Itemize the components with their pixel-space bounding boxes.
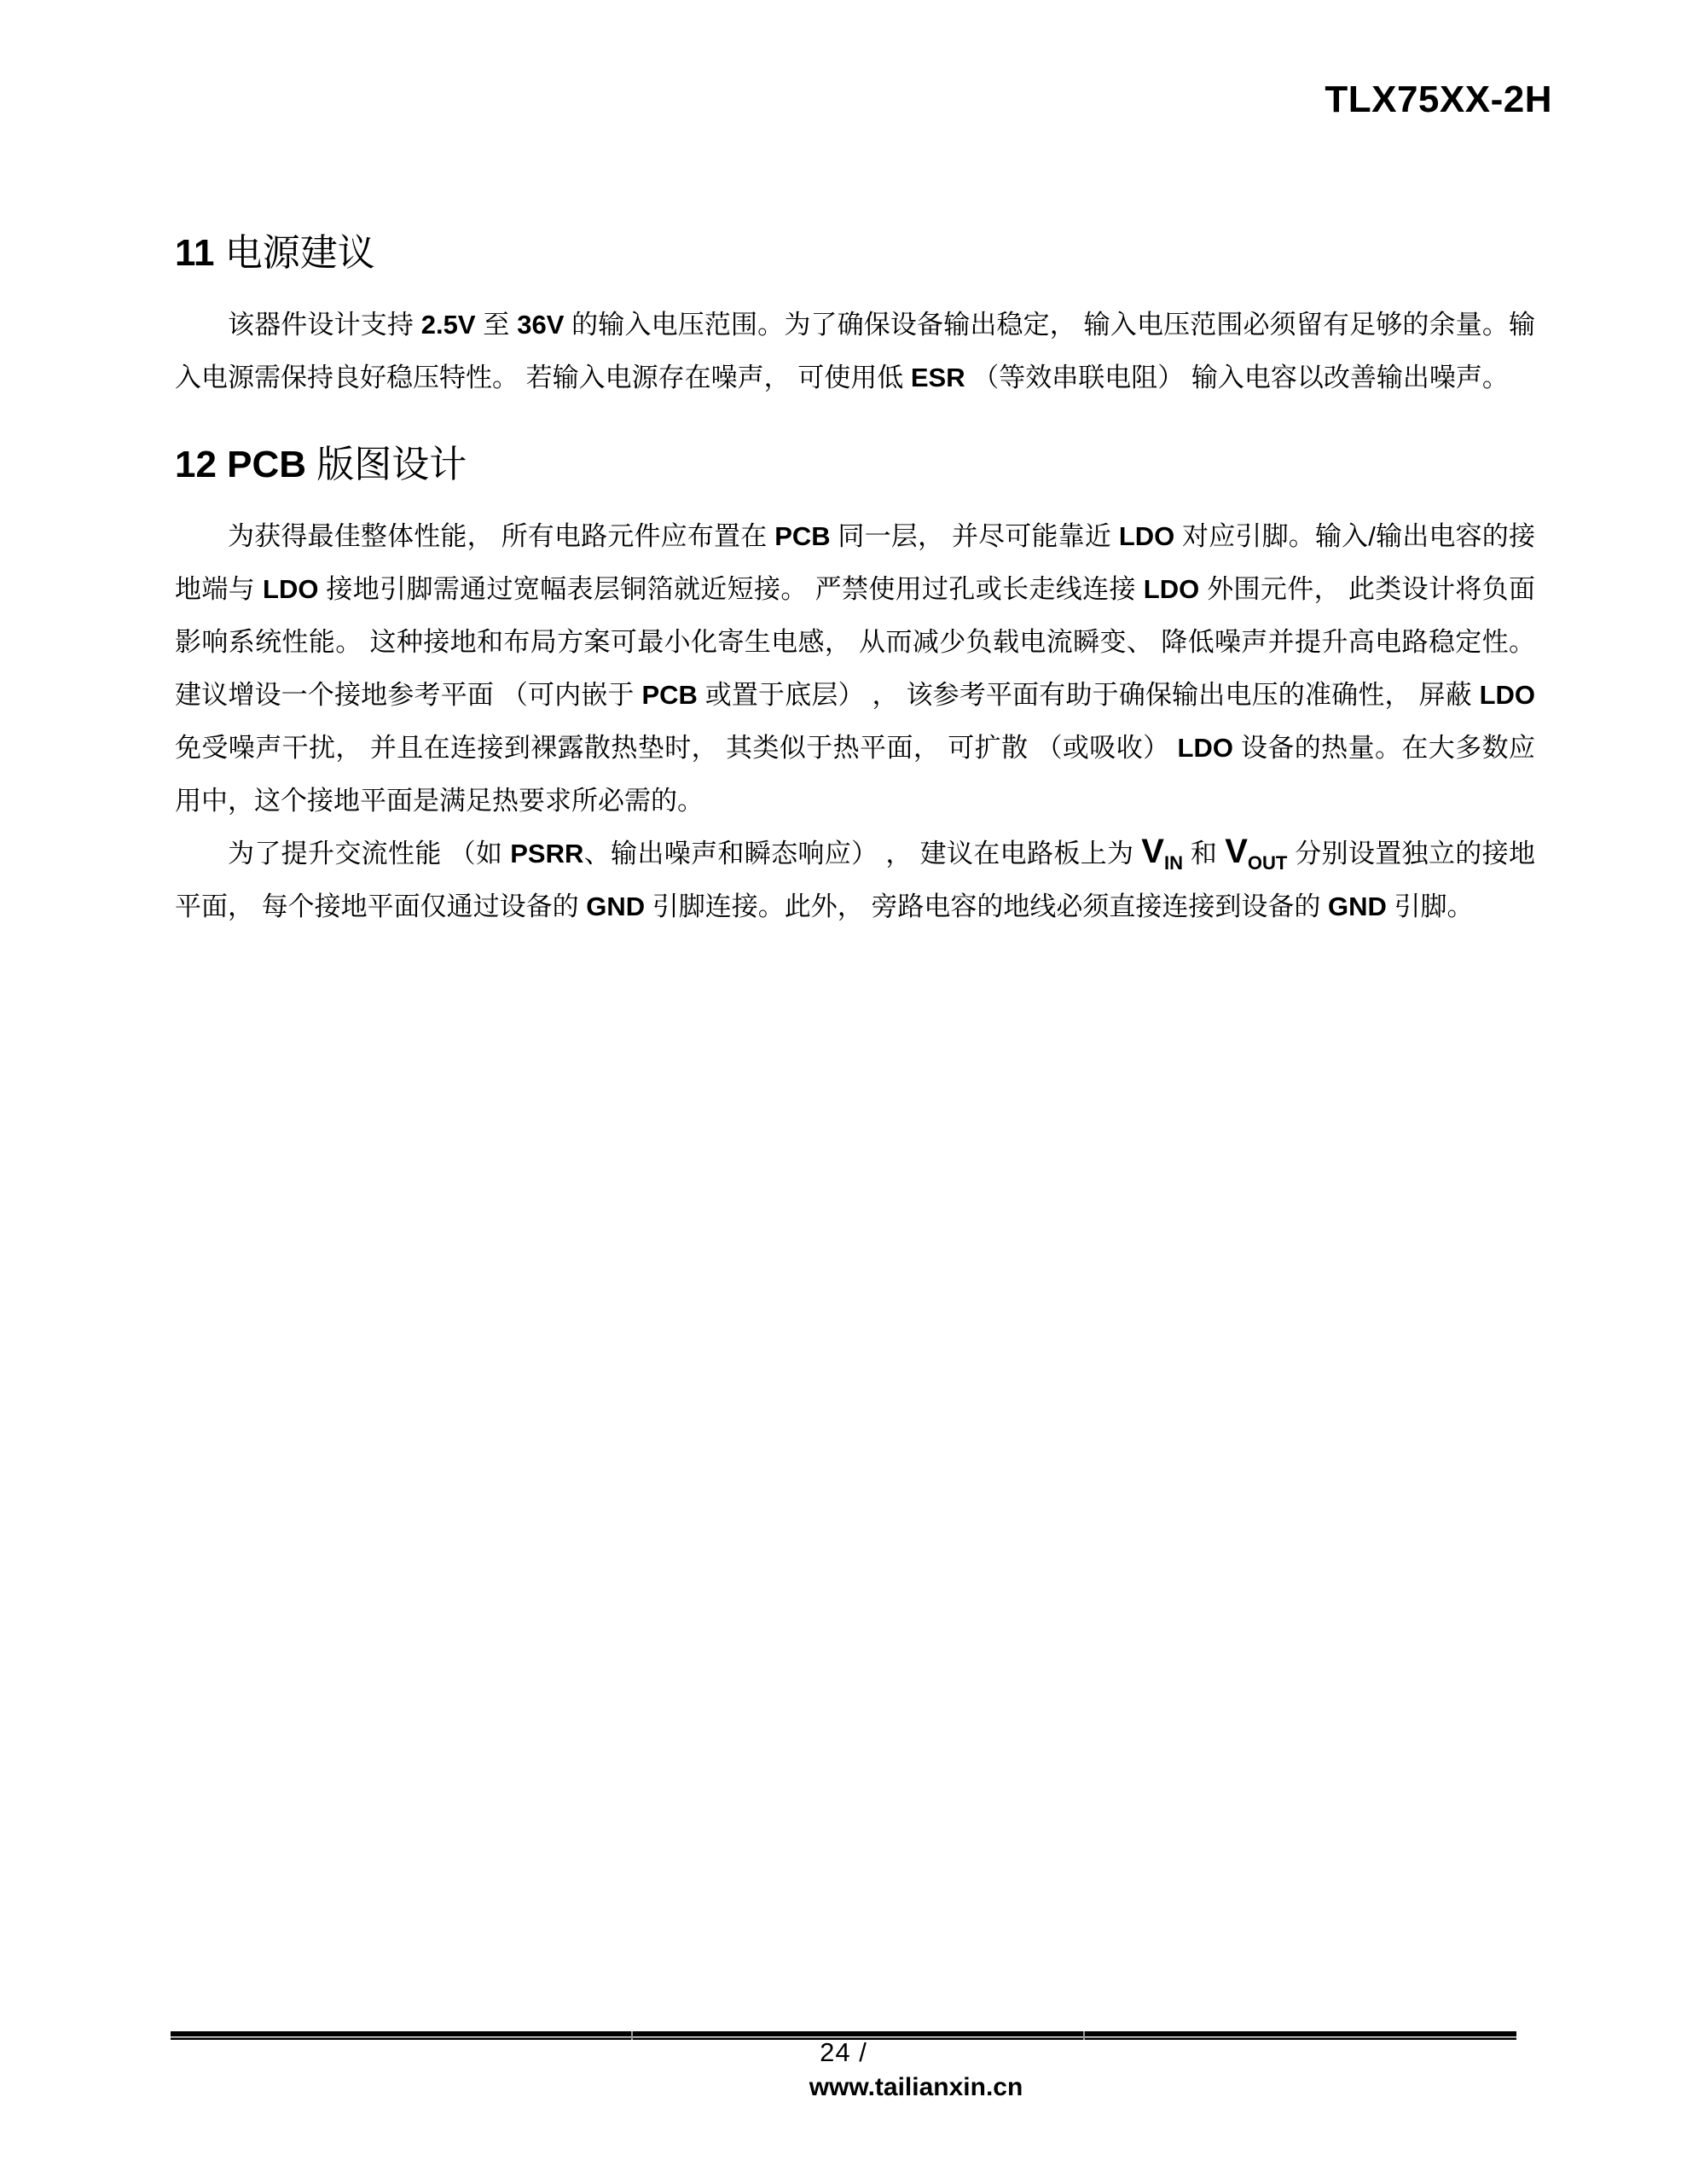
datasheet-page: TLX75XX-2H 11 电源建议该器件设计支持 2.5V 至 36V 的输入… — [0, 0, 1687, 2184]
text-segment: 引脚。 — [1387, 892, 1474, 921]
emphasis-text: V — [1141, 833, 1164, 870]
emphasis-text: LDO — [263, 574, 318, 604]
text-segment: （等效串联电阻） 输入电容以改善输出噪声。 — [965, 363, 1509, 392]
text-segment: 和 — [1183, 839, 1225, 868]
text-segment: 免受噪声干扰， 并且在连接到裸露散热垫时， 其类似于热平面， 可扩散 （或吸收） — [175, 733, 1178, 763]
text-segment: 接地引脚需通过宽幅表层铜箔就近短接。 严禁使用过孔或长走线连接 — [318, 574, 1143, 604]
section-11-paragraph-1: 该器件设计支持 2.5V 至 36V 的输入电压范围。为了确保设备输出稳定， 输… — [175, 299, 1535, 404]
text-segment: 或置于底层） ， 该参考平面有助于确保输出电压的准确性， 屏蔽 — [698, 680, 1480, 710]
text-segment: 为获得最佳整体性能， 所有电路元件应布置在 — [228, 521, 774, 551]
emphasis-text: PSRR — [510, 839, 583, 868]
emphasis-text: ESR — [911, 363, 965, 392]
text-segment: 、输出噪声和瞬态响应） ， 建议在电路板上为 — [583, 839, 1141, 868]
emphasis-text: PCB — [641, 680, 697, 710]
text-segment: 同一层， 并尽可能靠近 — [831, 521, 1119, 551]
emphasis-text: OUT — [1248, 852, 1287, 874]
text-segment: 为了提升交流性能 （如 — [228, 839, 510, 868]
emphasis-text: LDO — [1178, 733, 1233, 763]
text-segment: 电源建议 — [225, 232, 375, 274]
section-12-paragraph-2: 为了提升交流性能 （如 PSRR、输出噪声和瞬态响应） ， 建议在电路板上为 V… — [175, 828, 1535, 933]
emphasis-text: GND — [1328, 892, 1387, 921]
text-segment: 至 — [476, 310, 518, 340]
content: 11 电源建议该器件设计支持 2.5V 至 36V 的输入电压范围。为了确保设备… — [175, 0, 1535, 933]
emphasis-text: IN — [1164, 852, 1183, 874]
website-link: www.tailianxin.cn — [243, 2073, 1589, 2102]
section-11-heading: 11 电源建议 — [175, 230, 1535, 276]
emphasis-text: LDO — [1119, 521, 1174, 551]
text-segment: 该器件设计支持 — [228, 310, 421, 340]
emphasis-text: LDO — [1144, 574, 1199, 604]
emphasis-text: 2.5V — [421, 310, 476, 340]
emphasis-text: LDO — [1480, 680, 1535, 710]
emphasis-text: 36V — [517, 310, 564, 340]
emphasis-text: V — [1225, 833, 1248, 870]
section-11: 11 电源建议该器件设计支持 2.5V 至 36V 的输入电压范围。为了确保设备… — [175, 230, 1535, 404]
section-12: 12 PCB 版图设计为获得最佳整体性能， 所有电路元件应布置在 PCB 同一层… — [175, 442, 1535, 933]
page-number: 24 / — [171, 2037, 1516, 2068]
emphasis-text: 11 — [175, 232, 225, 274]
emphasis-text: PCB — [774, 521, 830, 551]
section-12-paragraph-1: 为获得最佳整体性能， 所有电路元件应布置在 PCB 同一层， 并尽可能靠近 LD… — [175, 510, 1535, 828]
emphasis-text: 12 PCB — [175, 444, 316, 485]
text-segment: 版图设计 — [316, 444, 467, 485]
section-12-heading: 12 PCB 版图设计 — [175, 442, 1535, 488]
text-segment: 引脚连接。此外， 旁路电容的地线必须直接连接到设备的 — [645, 892, 1328, 921]
emphasis-text: GND — [586, 892, 645, 921]
